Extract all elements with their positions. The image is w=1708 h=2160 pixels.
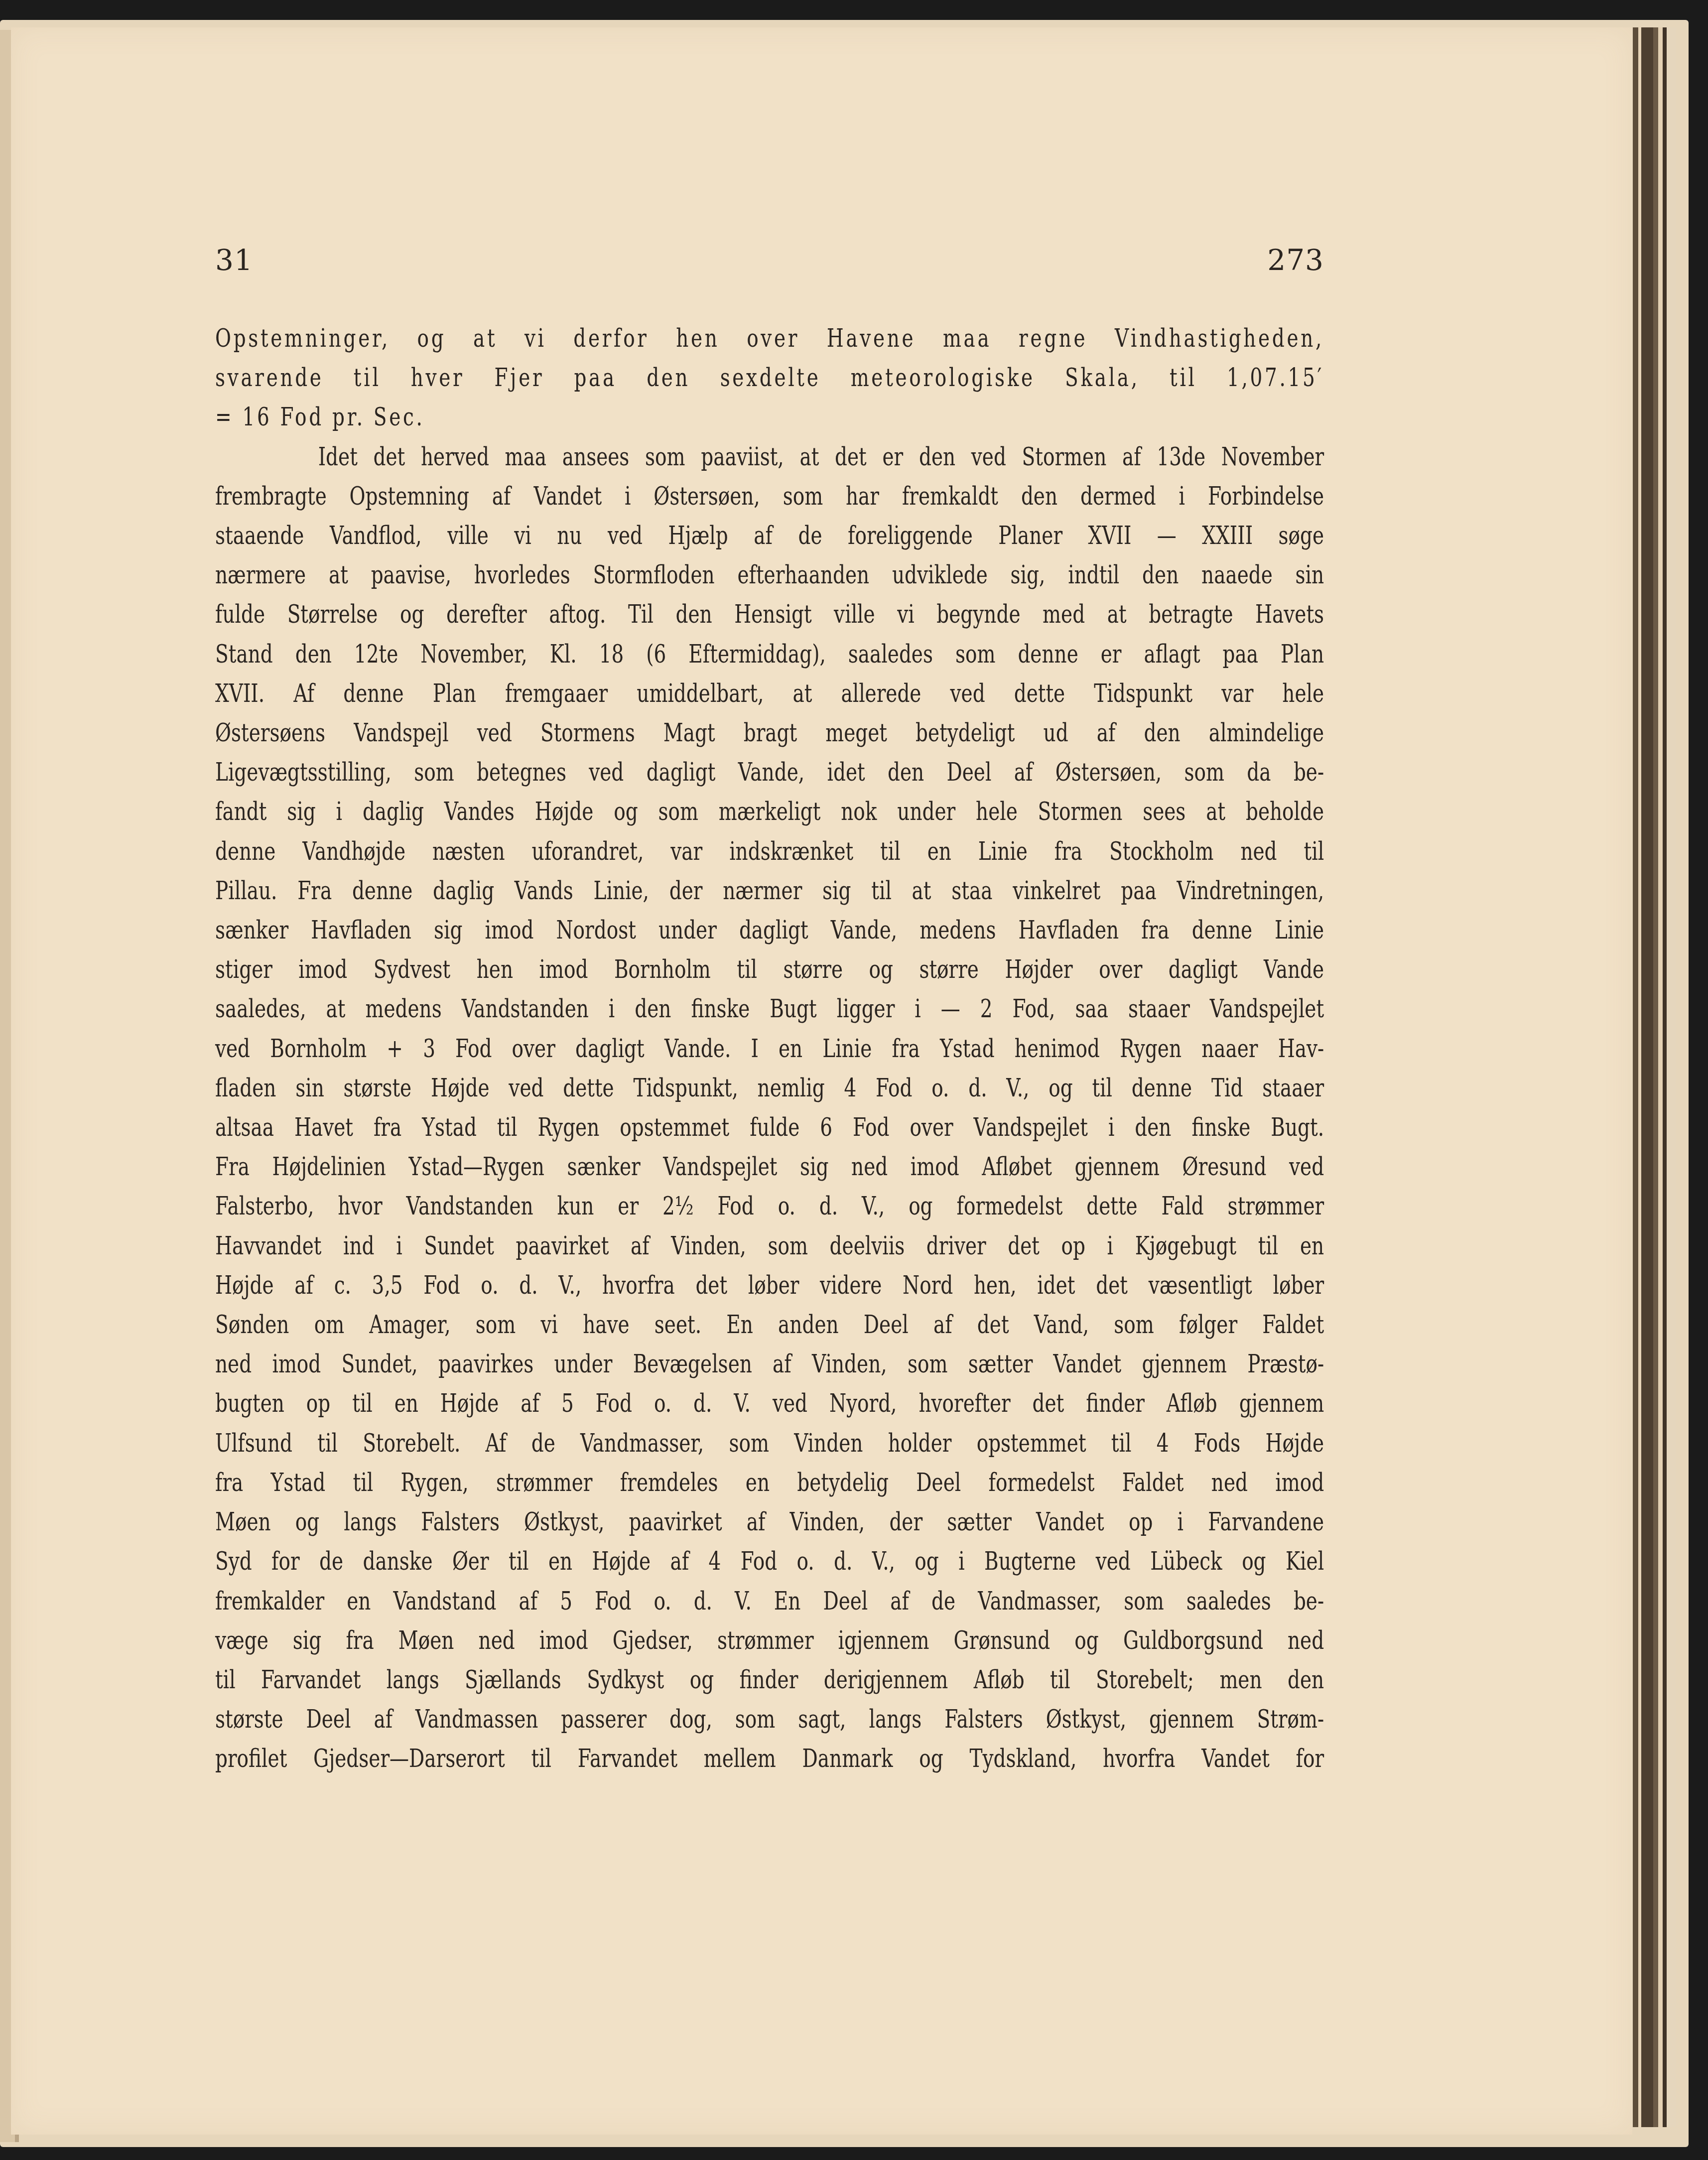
- text-line: ned imod Sundet, paavirkes under Bevægel…: [215, 1345, 1324, 1384]
- body-text: Opstemninger, og at vi derfor hen over H…: [215, 319, 1080, 1779]
- text-line: = 16 Fod pr. Sec.: [215, 398, 1324, 437]
- text-line: Havvandet ind i Sundet paavirket af Vind…: [215, 1226, 1324, 1266]
- left-page-number: 31: [215, 243, 253, 277]
- text-line: Ligevægtsstilling, som betegnes ved dagl…: [215, 753, 1324, 792]
- text-line: svarende til hver Fjer paa den sexdelte …: [215, 358, 1324, 398]
- text-line: bugten op til en Højde af 5 Fod o. d. V.…: [215, 1384, 1324, 1423]
- text-line: Syd for de danske Øer til en Højde af 4 …: [215, 1542, 1324, 1581]
- text-line: fra Ystad til Rygen, strømmer fremdeles …: [215, 1463, 1324, 1502]
- text-line: fremkalder en Vandstand af 5 Fod o. d. V…: [215, 1582, 1324, 1621]
- right-page-number: 273: [1267, 243, 1324, 277]
- text-line: denne Vandhøjde næsten uforandret, var i…: [215, 832, 1324, 871]
- text-line: Falsterbo, hvor Vandstanden kun er 2½ Fo…: [215, 1187, 1324, 1226]
- text-line: XVII. Af denne Plan fremgaaer umiddelbar…: [215, 674, 1324, 713]
- page-header: 31 273: [215, 243, 1324, 277]
- text-line: største Deel af Vandmassen passerer dog,…: [215, 1700, 1324, 1739]
- text-line: stiger imod Sydvest hen imod Bornholm ti…: [215, 950, 1324, 989]
- text-line: ved Bornholm + 3 Fod over dagligt Vande.…: [215, 1029, 1324, 1069]
- text-line: Opstemninger, og at vi derfor hen over H…: [215, 319, 1324, 358]
- text-line: nærmere at paavise, hvorledes Stormflode…: [215, 555, 1324, 595]
- text-line: sænker Havfladen sig imod Nordost under …: [215, 911, 1324, 950]
- text-line: Sønden om Amager, som vi have seet. En a…: [215, 1305, 1324, 1345]
- text-line: Østersøens Vandspejl ved Stormens Magt b…: [215, 713, 1324, 753]
- text-line: fulde Størrelse og derefter aftog. Til d…: [215, 595, 1324, 634]
- text-line: Fra Højdelinien Ystad—Rygen sænker Vands…: [215, 1147, 1324, 1187]
- text-line: Idet det herved maa ansees som paaviist,…: [215, 437, 1324, 477]
- text-line: Ulfsund til Storebelt. Af de Vandmasser,…: [215, 1424, 1324, 1463]
- page-edges-stack: [1629, 27, 1676, 2127]
- text-line: Pillau. Fra denne daglig Vands Linie, de…: [215, 871, 1324, 911]
- text-line: staaende Vandflod, ville vi nu ved Hjælp…: [215, 516, 1324, 555]
- text-line: væge sig fra Møen ned imod Gjedser, strø…: [215, 1621, 1324, 1660]
- text-line: Højde af c. 3,5 Fod o. d. V., hvorfra de…: [215, 1266, 1324, 1305]
- text-line: saaledes, at medens Vandstanden i den fi…: [215, 989, 1324, 1029]
- text-line: altsaa Havet fra Ystad til Rygen opstemm…: [215, 1108, 1324, 1147]
- text-line: fandt sig i daglig Vandes Højde og som m…: [215, 792, 1324, 831]
- text-line: fladen sin største Højde ved dette Tidsp…: [215, 1069, 1324, 1108]
- text-line: til Farvandet langs Sjællands Sydkyst og…: [215, 1660, 1324, 1700]
- text-line: profilet Gjedser—Darserort til Farvandet…: [215, 1739, 1324, 1778]
- text-line: Møen og langs Falsters Østkyst, paavirke…: [215, 1502, 1324, 1542]
- text-line: Stand den 12te November, Kl. 18 (6 Efter…: [215, 635, 1324, 674]
- text-line: frembragte Opstemning af Vandet i Østers…: [215, 477, 1324, 516]
